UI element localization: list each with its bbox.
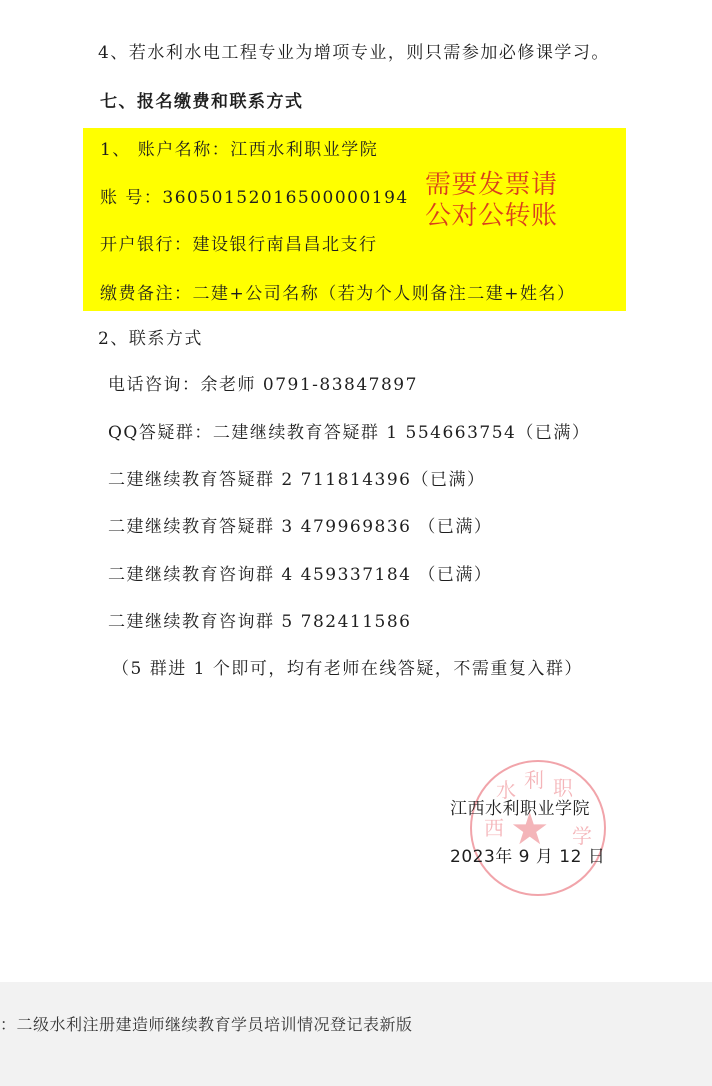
attachment-link[interactable]: ：二级水利注册建造师继续教育学员培训情况登记表新版 [0, 1012, 413, 1035]
attachment-footer: ：二级水利注册建造师继续教育学员培训情况登记表新版 [0, 982, 712, 1086]
document-page: 4、若水利水电工程专业为增项专业，则只需参加必修课学习。 七、报名缴费和联系方式… [0, 0, 712, 982]
section-7-title: 七、报名缴费和联系方式 [100, 89, 304, 115]
signature-date: 2023年 9 月 12 日 [450, 844, 605, 870]
seal-char: 利 [524, 764, 544, 793]
qq-group-3: 二建继续教育答疑群 3 479969836 （已满） [108, 514, 492, 540]
item-4-text: 4、若水利水电工程专业为增项专业，则只需参加必修课学习。 [98, 40, 610, 66]
callout-line-2: 公对公转账 [425, 201, 558, 232]
signature-org: 江西水利职业学院 [450, 796, 590, 822]
qq-group-4: 二建继续教育咨询群 4 459337184 （已满） [108, 562, 492, 588]
callout-line-1: 需要发票请 [425, 170, 558, 201]
group-note: （5 群进 1 个即可，均有老师在线答疑，不需重复入群） [112, 656, 583, 682]
invoice-callout: 需要发票请 公对公转账 [425, 170, 558, 232]
qq-group-1: QQ答疑群：二建继续教育答疑群 1 554663754（已满） [108, 420, 590, 446]
bank-name: 开户银行：建设银行南昌昌北支行 [100, 232, 378, 258]
contact-phone: 电话咨询：余老师 0791-83847897 [108, 372, 418, 398]
qq-group-2: 二建继续教育答疑群 2 711814396（已满） [108, 467, 485, 493]
qq-group-5: 二建继续教育咨询群 5 782411586 [108, 609, 411, 635]
account-name: 1、 账户名称：江西水利职业学院 [100, 137, 378, 163]
payment-remark: 缴费备注：二建+公司名称（若为个人则备注二建+姓名） [100, 281, 576, 307]
account-number: 账 号：36050152016500000194 [100, 185, 409, 211]
contact-title: 2、联系方式 [98, 326, 203, 352]
